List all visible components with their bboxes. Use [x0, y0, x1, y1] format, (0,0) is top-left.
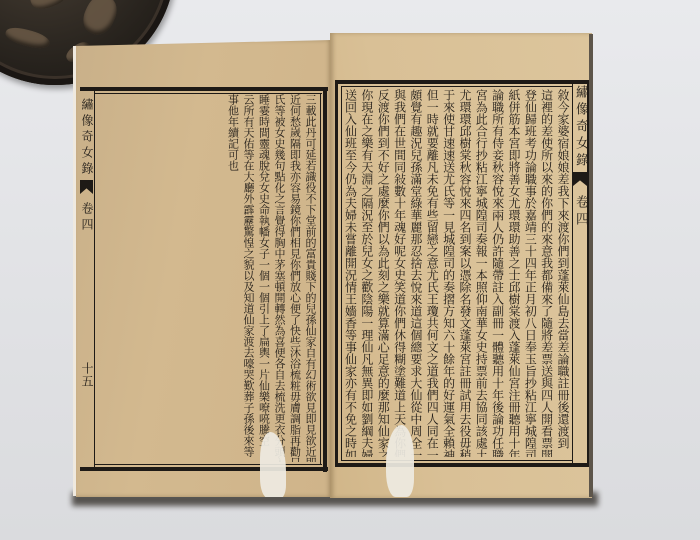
- text-column: 敘今家婆宿娘娘差我下來渡你們到蓬萊仙島去當差論職註冊後還渡到: [555, 89, 571, 457]
- fishtail-mark: [80, 180, 93, 194]
- page-block-edge: [589, 34, 593, 497]
- right-page: 繡像奇女錄 卷四 敘今家婆宿娘娘差我下來渡你們到蓬萊仙島去當差論職註冊後還渡到 …: [330, 33, 592, 498]
- coin-relief: [78, 0, 122, 39]
- text-column: 你現在之樂有天淵之隔況至於兒女之歡陰陽一理仙凡無異即如劉綱夫婦雙雙: [359, 89, 375, 457]
- coin-relief: [27, 0, 70, 13]
- text-column: 送回入仙班至今仍為夫婦未嘗離開況情王嬙香等事仙家亦有不免之時如吾族: [342, 89, 358, 457]
- left-page-number: 十五: [80, 362, 94, 388]
- frame-top-thick: [80, 87, 328, 91]
- left-margin-title: 繡像奇女錄: [80, 98, 94, 178]
- text-column: 紙併筋本宮即將善女尤環環助善之士邱樹棠渡入蓬萊仙宮注冊聽用十年後考功: [506, 89, 522, 457]
- text-column: 尤環環邱樹棠秋容悅來四名到案以憑除名發文蓬萊宮註冊試用去役毋稍遲延致: [457, 89, 473, 457]
- frame-right-thick: [323, 87, 327, 472]
- frame-bottom-thin: [94, 464, 322, 465]
- right-margin-title: 繡像奇女錄: [573, 85, 587, 170]
- text-column: 于來使甘速速送尤氏等一見城隍司的奏摺方知六十餘年的好運氣全賴神靈保佑: [440, 89, 456, 457]
- text-column: 宮為此合行抄粘江寧城隍司奏報一本照仰南華女史持票前去協同該處土地即喚: [473, 89, 489, 457]
- text-column: 反渡你們到不好之處麼你們以為此刻之樂就算滿心足意的麼那知仙家之樂於: [375, 89, 391, 457]
- frame-top-thick: [335, 80, 590, 84]
- right-margin-volume: 卷四: [573, 195, 587, 229]
- left-margin-volume: 卷四: [80, 202, 94, 234]
- frame-bottom-thick: [335, 463, 590, 467]
- text-column: 但一時就要離凡未免有些留戀之意尤氏王瓊共何文之道我們四人同在一處: [424, 89, 440, 457]
- text-column: 睡霎時間靈魂脫兌女史命執幡女子一個一個引上了扁輿一片仙樂嘹喨騰空: [256, 94, 272, 462]
- right-page-text: 敘今家婆宿娘娘差我下來渡你們到蓬萊仙島去當差論職註冊後還渡到 這裡的差使所以來的…: [342, 89, 571, 457]
- fishtail-mark: [573, 172, 587, 186]
- margin-divider-line: [94, 87, 95, 471]
- frame-bottom-thin: [341, 460, 573, 461]
- text-column: 氏等被女史幾句點化之言覺得胸中茅塞頓開轉然為喜便各自去梳洗更衣分頭入編: [272, 94, 288, 462]
- text-column: 這裡的差使所以來的你們的來意我都備來了隨將差票送與四人開看票開為清查: [538, 89, 554, 457]
- text-column: 論職所有侍妾秋容悅來兩人仍許隨帶註入副冊一體聽用十年後論功任職等因到: [489, 89, 505, 457]
- text-column: 三載此丹可延若識役不下堂前的富貴賤下的兒孫仙家自有幻術欲見即見欲近即: [303, 94, 319, 462]
- frame-left-thick: [335, 80, 338, 467]
- left-page-text: 三載此丹可延若識役不下堂前的富貴賤下的兒孫仙家自有幻術欲見即見欲近即 近何愁嵗隔…: [225, 94, 318, 462]
- frame-right-thin: [320, 93, 321, 465]
- text-column: 與我們在世間同敍數十年魂好呢女史笑道你們休得糊塗難道上天為你們: [391, 89, 407, 457]
- water-stain: [386, 425, 414, 497]
- text-column: 頗覺有趣況兒孫滿堂綠華麗那忍捨去悅來道這個總要求大仙從中周全一二再: [408, 89, 424, 457]
- text-column: 近何愁嵗隔即我亦容易鏡你們相見你們放心便了快些沐浴梳粧毋膚調脂再勸兄: [287, 94, 303, 462]
- left-page: 繡像奇女錄 卷四 十五 三載此丹可延若識役不下堂前的富貴賤下的兒孫仙家自有幻術欲…: [76, 40, 332, 497]
- text-column: 事他年續記可也: [225, 94, 241, 462]
- text-column: 登仙歸班考功論職事於嘉靖三十四年正月初八日奉玉旨抄粘江寧城隍司奏報一: [522, 89, 538, 457]
- frame-top-thin: [341, 86, 573, 87]
- text-column: 云所有天佑等在大廳外霹靂驚惶之貌以及知道仙家渡去嚎哭歎葬子孫後來等: [241, 94, 257, 462]
- frame-bottom-thick: [80, 467, 328, 471]
- coin-relief: [4, 24, 52, 51]
